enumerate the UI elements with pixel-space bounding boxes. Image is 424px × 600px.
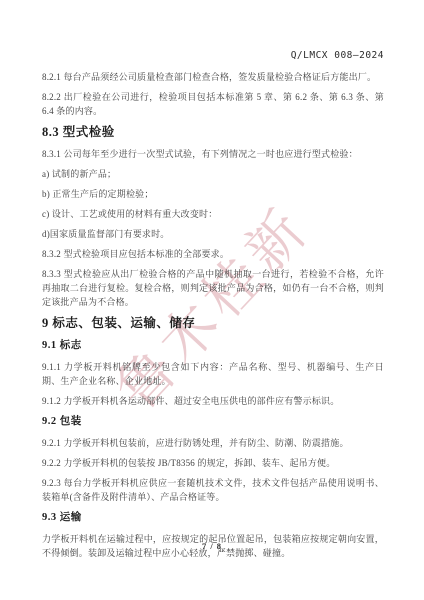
document-page: Q/LMCX 008—2024 鲁木桂新 8.2.1 每台产品须经公司质量检查部… <box>0 0 424 600</box>
paragraph: d)国家质量监督部门有要求时。 <box>42 227 384 241</box>
document-body: 8.2.1 每台产品须经公司质量检查部门检查合格，签发质量检验合格证后方能出厂。… <box>42 70 384 566</box>
paragraph: c) 设计、工艺或使用的材料有重大改变时： <box>42 207 384 221</box>
paragraph: a) 试制的新产品； <box>42 167 384 181</box>
section-heading: 8.3 型式检验 <box>42 124 384 141</box>
section-heading: 9.1 标志 <box>42 338 384 354</box>
section-heading: 9.2 包装 <box>42 414 384 430</box>
paragraph: 9.2.3 每台力学板开料机应供应一套随机技术文件，技术文件包括产品使用说明书、… <box>42 476 384 504</box>
paragraph: 8.3.1 公司每年至少进行一次型式试验，有下列情况之一时也应进行型式检验： <box>42 147 384 161</box>
paragraph: 8.2.1 每台产品须经公司质量检查部门检查合格，签发质量检验合格证后方能出厂。 <box>42 70 384 84</box>
paragraph: 9.2.1 力学板开料机包装前，应进行防锈处理，并有防尘、防潮、防震措施。 <box>42 436 384 450</box>
paragraph: 9.1.2 力学板开料机各运动部件、超过安全电压供电的部件应有警示标识。 <box>42 394 384 408</box>
page-number: 7 / 8 <box>0 541 424 551</box>
paragraph: b) 正常生产后的定期检验； <box>42 187 384 201</box>
paragraph: 8.2.2 出厂检验在公司进行，检验项目包括本标准第 5 章、第 6.2 条、第… <box>42 90 384 118</box>
section-heading: 9 标志、包装、运输、储存 <box>42 315 384 332</box>
paragraph: 9.2.2 力学板开料机的包装按 JB/T8356 的规定，拆卸、装车、起吊方便… <box>42 456 384 470</box>
paragraph: 8.3.2 型式检验项目应包括本标准的全部要求。 <box>42 247 384 261</box>
standard-number-header: Q/LMCX 008—2024 <box>42 50 384 61</box>
paragraph: 8.3.3 型式检验应从出厂检验合格的产品中随机抽取一台进行，若检验不合格，允许… <box>42 267 384 309</box>
section-heading: 9.3 运输 <box>42 510 384 526</box>
paragraph: 9.1.1 力学板开料机铭牌至少包含如下内容：产品名称、型号、机器编号、生产日期… <box>42 360 384 388</box>
